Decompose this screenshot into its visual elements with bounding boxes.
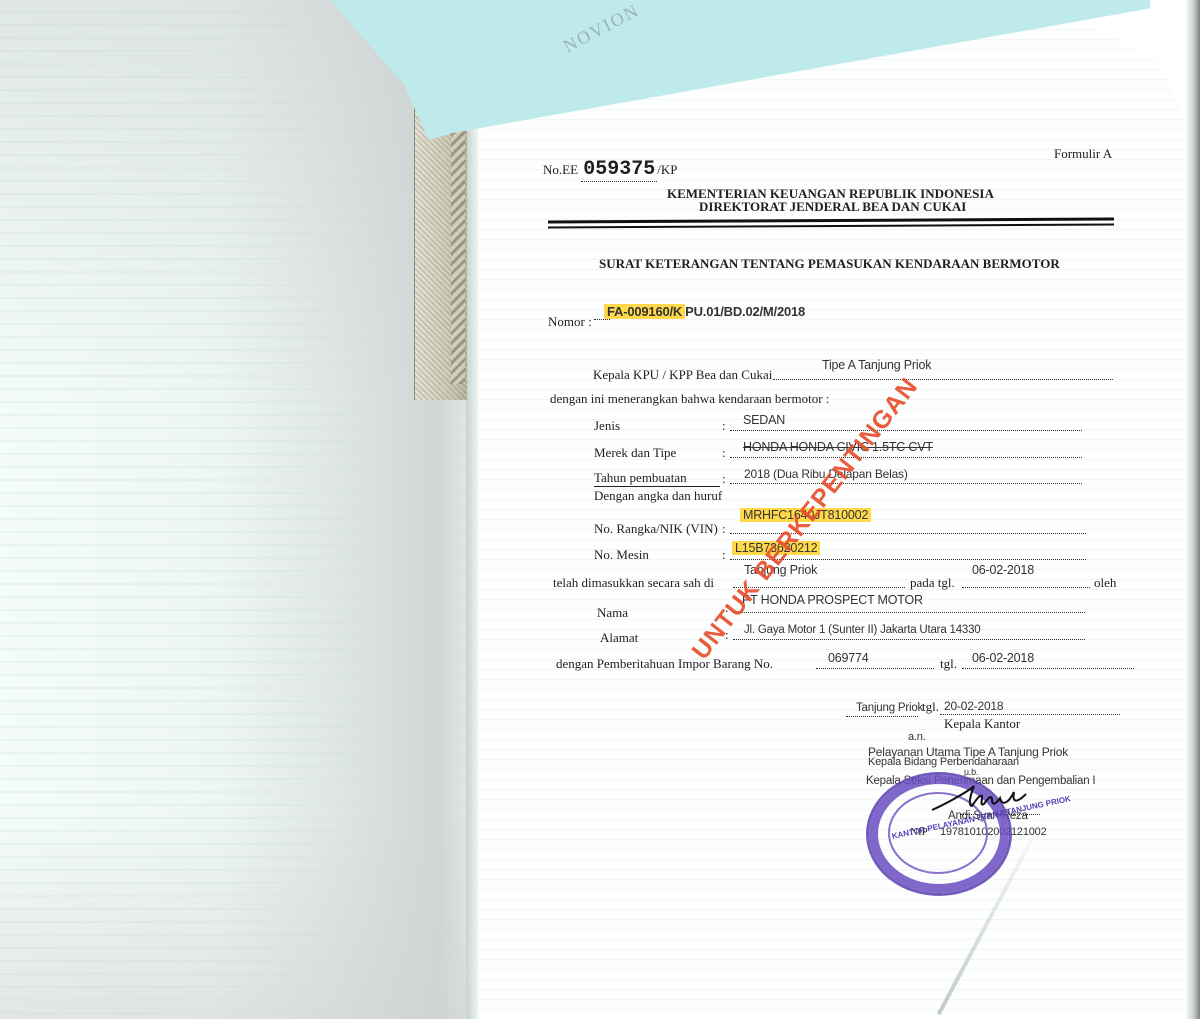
signature xyxy=(930,780,1030,820)
pib-number: 069774 xyxy=(828,651,869,665)
pib-date-dots xyxy=(962,666,1134,669)
signoff-place: Tanjung Priok xyxy=(856,702,923,714)
nomor-highlighted: FA-009160/K xyxy=(604,304,685,319)
nomor-rest: PU.01/BD.02/M/2018 xyxy=(685,304,805,319)
serial-line: No.EE 059375/KP xyxy=(543,158,678,181)
field-dots xyxy=(730,481,1082,484)
signoff-date: 20-02-2018 xyxy=(944,699,1003,713)
field-label-mesin: No. Mesin xyxy=(594,547,649,563)
field-label-jenis: Jenis xyxy=(594,418,620,434)
entry-date: 06-02-2018 xyxy=(972,563,1034,577)
pib-dots xyxy=(816,666,934,669)
nomor-value: FA-009160/KPU.01/BD.02/M/2018 xyxy=(604,304,805,319)
passport-cover-page xyxy=(0,0,478,1019)
intro-value: Tipe A Tanjung Priok xyxy=(822,358,931,372)
pib-date-label: tgl. xyxy=(940,656,957,672)
page-edge-shadow xyxy=(1185,0,1200,1019)
pib-date: 06-02-2018 xyxy=(972,651,1034,665)
name-value: PT HONDA PROSPECT MOTOR xyxy=(742,593,923,607)
an-label: a.n. xyxy=(908,731,926,743)
intro-label: Kepala KPU / KPP Bea dan Cukai xyxy=(593,367,772,383)
colon: : xyxy=(722,547,726,563)
address-value: Jl. Gaya Motor 1 (Sunter II) Jakarta Uta… xyxy=(744,624,980,636)
flap-faint-text: NOVION xyxy=(560,0,643,57)
serial-number: 059375 xyxy=(581,158,657,182)
directorate-heading: DIREKTORAT JENDERAL BEA DAN CUKAI xyxy=(699,199,966,215)
entry-date-label: pada tgl. xyxy=(910,575,955,591)
address-dots xyxy=(733,637,1085,640)
guilloche-pattern xyxy=(451,94,465,384)
field-label-vin: No. Rangka/NIK (VIN) xyxy=(594,521,718,537)
serial-prefix: No.EE xyxy=(543,162,578,177)
colon: : xyxy=(722,445,726,461)
field-value-jenis: SEDAN xyxy=(743,413,785,427)
pib-label: dengan Pemberitahuan Impor Barang No. xyxy=(556,656,773,672)
cover-page-edge xyxy=(466,0,478,1019)
bidang-title: Kepala Bidang Perbendaharaan xyxy=(868,756,1019,768)
signoff-place-dots xyxy=(846,714,918,717)
office-head: Kepala Kantor xyxy=(944,716,1020,732)
field-sublabel-tahun: Dengan angka dan huruf xyxy=(594,488,722,504)
address-label: Alamat xyxy=(600,630,638,646)
name-dots xyxy=(733,610,1085,613)
field-dots xyxy=(730,455,1082,458)
entry-date-dots xyxy=(962,585,1090,588)
intro-dots xyxy=(773,375,1113,380)
colon: : xyxy=(722,521,726,537)
field-label-merek: Merek dan Tipe xyxy=(594,445,676,461)
entry-label: telah dimasukkan secara sah di xyxy=(553,575,714,591)
field-dots xyxy=(730,428,1082,431)
serial-suffix: /KP xyxy=(657,162,677,177)
colon: : xyxy=(722,418,726,434)
name-label: Nama xyxy=(597,605,628,621)
form-label: Formulir A xyxy=(1054,146,1112,162)
signoff-date-label: tgl. xyxy=(922,699,939,715)
field-label-tahun: Tahun pembuatan xyxy=(594,470,720,487)
nomor-label: Nomor : xyxy=(548,314,592,330)
document-title: SURAT KETERANGAN TENTANG PEMASUKAN KENDA… xyxy=(599,256,1060,272)
statement: dengan ini menerangkan bahwa kendaraan b… xyxy=(550,391,829,407)
colon: : xyxy=(722,471,726,487)
entry-by: oleh xyxy=(1094,575,1116,591)
